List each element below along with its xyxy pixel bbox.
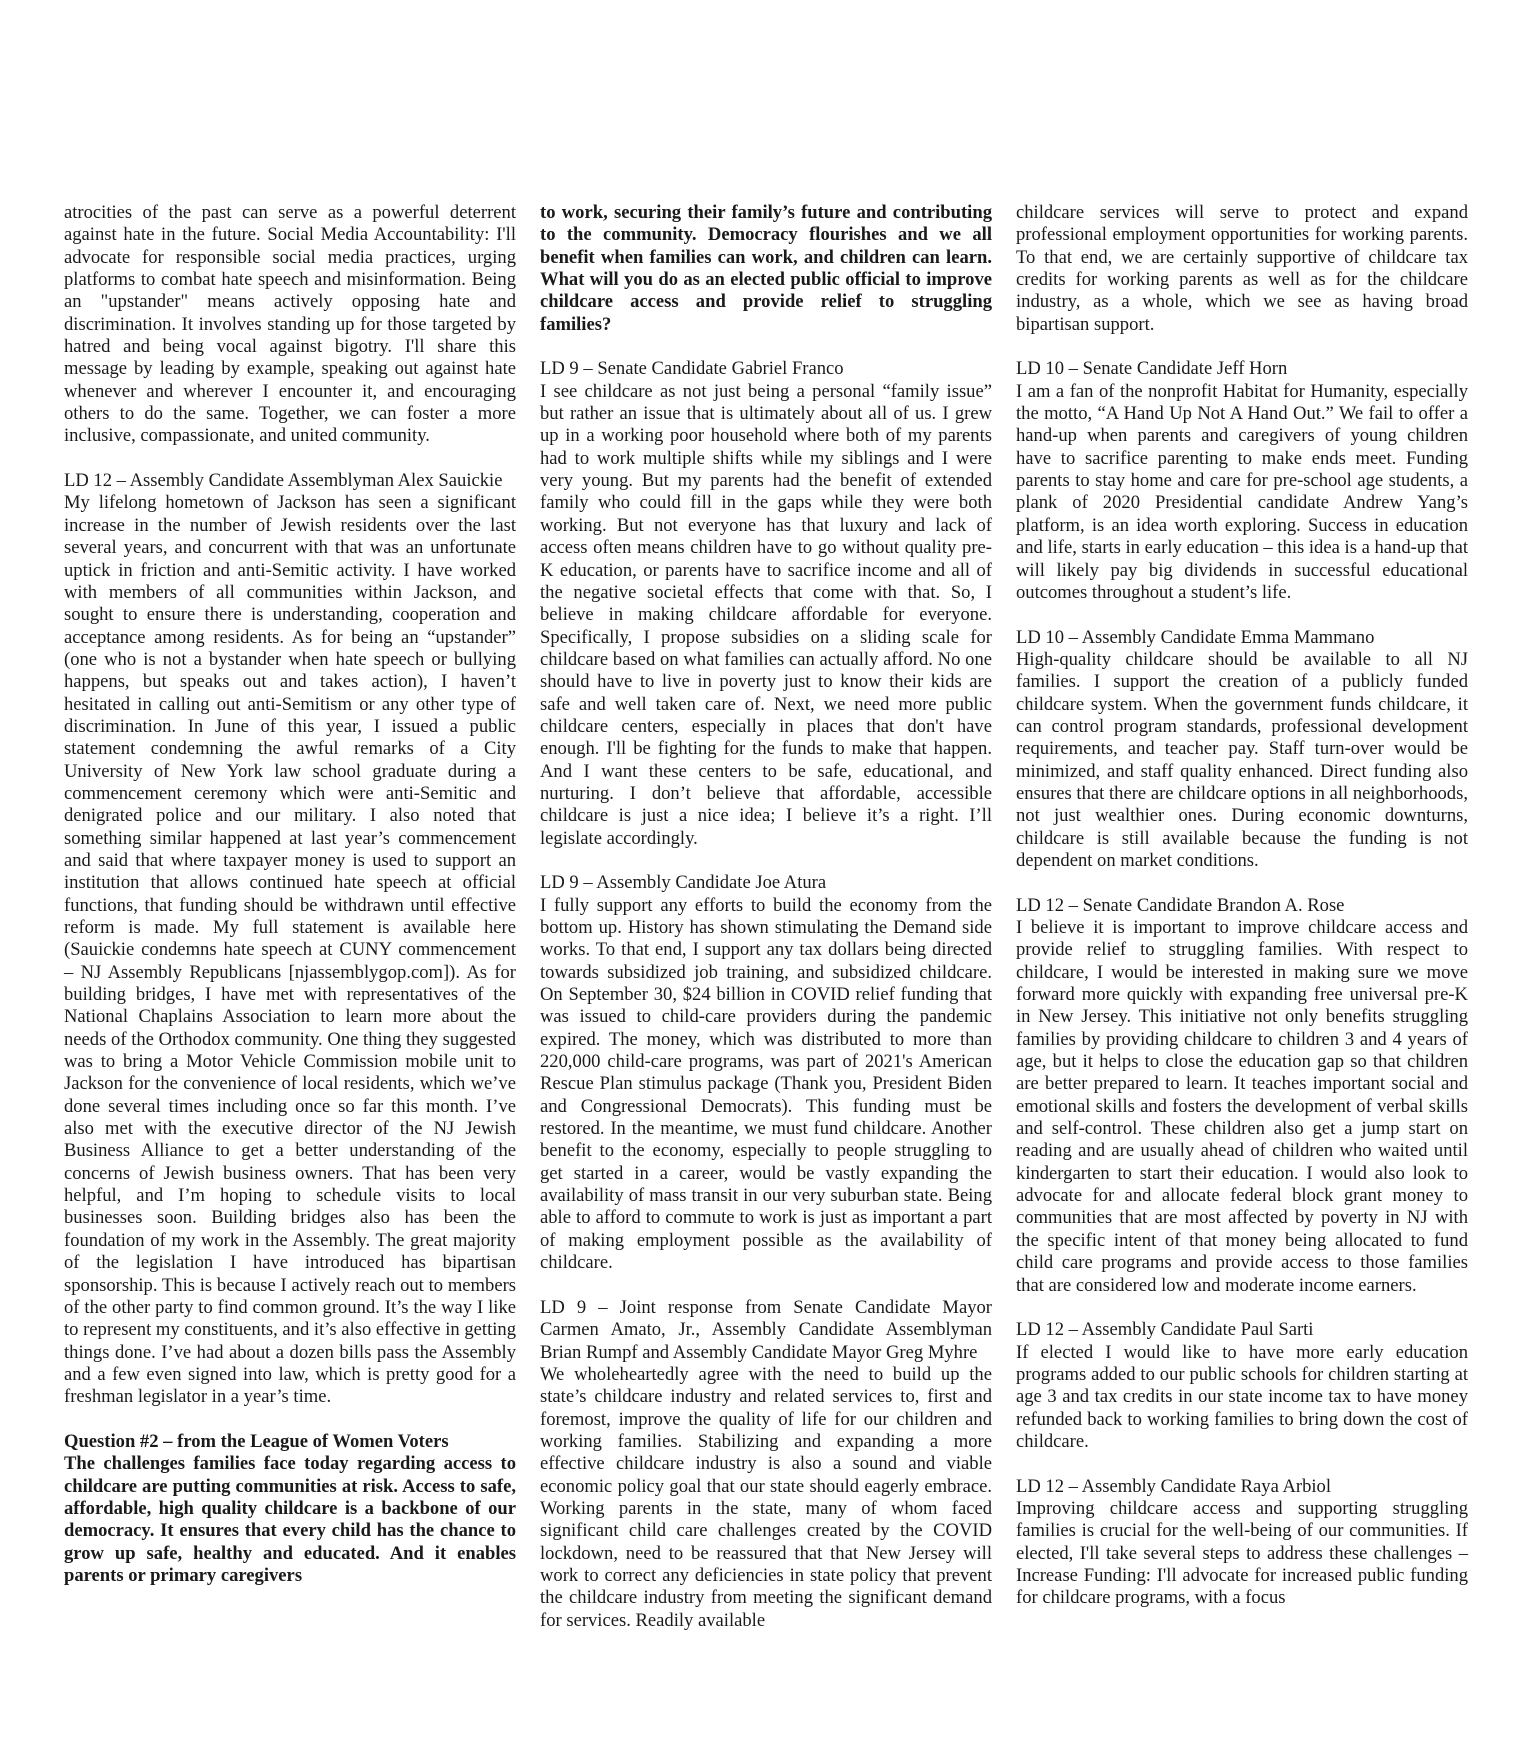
question-body-continued: to work, securing their family’s future … xyxy=(540,202,992,336)
column-1: atrocities of the past can serve as a po… xyxy=(64,202,516,1587)
candidate-response-sarti: If elected I would like to have more ear… xyxy=(1016,1342,1468,1454)
newsletter-page: atrocities of the past can serve as a po… xyxy=(0,0,1524,1742)
candidate-heading-joint-ld9: LD 9 – Joint response from Senate Candid… xyxy=(540,1297,992,1364)
paragraph-spacer xyxy=(1016,336,1468,358)
paragraph-spacer xyxy=(540,336,992,358)
column-2: to work, securing their family’s future … xyxy=(540,202,992,1632)
paragraph-spacer xyxy=(1016,1453,1468,1475)
paragraph-spacer xyxy=(1016,604,1468,626)
paragraph-spacer xyxy=(64,1409,516,1431)
candidate-response-arbiol: Improving childcare access and supportin… xyxy=(1016,1498,1468,1610)
candidate-response-atura: I fully support any efforts to build the… xyxy=(540,895,992,1275)
candidate-heading-sarti: LD 12 – Assembly Candidate Paul Sarti xyxy=(1016,1319,1468,1341)
candidate-heading-sauickie: LD 12 – Assembly Candidate Assemblyman A… xyxy=(64,470,516,492)
candidate-response-mammano: High-quality childcare should be availab… xyxy=(1016,649,1468,872)
candidate-response-franco: I see childcare as not just being a pers… xyxy=(540,381,992,850)
candidate-heading-rose: LD 12 – Senate Candidate Brandon A. Rose xyxy=(1016,895,1468,917)
candidate-response-horn: I am a fan of the nonprofit Habitat for … xyxy=(1016,381,1468,604)
candidate-response-joint-ld9: We wholeheartedly agree with the need to… xyxy=(540,1364,992,1632)
question-title: Question #2 – from the League of Women V… xyxy=(64,1431,516,1453)
candidate-heading-arbiol: LD 12 – Assembly Candidate Raya Arbiol xyxy=(1016,1476,1468,1498)
paragraph-spacer xyxy=(540,850,992,872)
paragraph-spacer xyxy=(540,1275,992,1297)
candidate-heading-franco: LD 9 – Senate Candidate Gabriel Franco xyxy=(540,358,992,380)
candidate-heading-mammano: LD 10 – Assembly Candidate Emma Mammano xyxy=(1016,627,1468,649)
candidate-heading-atura: LD 9 – Assembly Candidate Joe Atura xyxy=(540,872,992,894)
candidate-response-joint-ld9-continued: childcare services will serve to protect… xyxy=(1016,202,1468,336)
paragraph-spacer xyxy=(1016,1297,1468,1319)
paragraph-spacer xyxy=(64,448,516,470)
candidate-response-rose: I believe it is important to improve chi… xyxy=(1016,917,1468,1297)
column-3: childcare services will serve to protect… xyxy=(1016,202,1468,1610)
candidate-heading-horn: LD 10 – Senate Candidate Jeff Horn xyxy=(1016,358,1468,380)
question-body: The challenges families face today regar… xyxy=(64,1453,516,1587)
paragraph-spacer xyxy=(1016,872,1468,894)
body-paragraph: atrocities of the past can serve as a po… xyxy=(64,202,516,448)
candidate-response-sauickie: My lifelong hometown of Jackson has seen… xyxy=(64,492,516,1408)
